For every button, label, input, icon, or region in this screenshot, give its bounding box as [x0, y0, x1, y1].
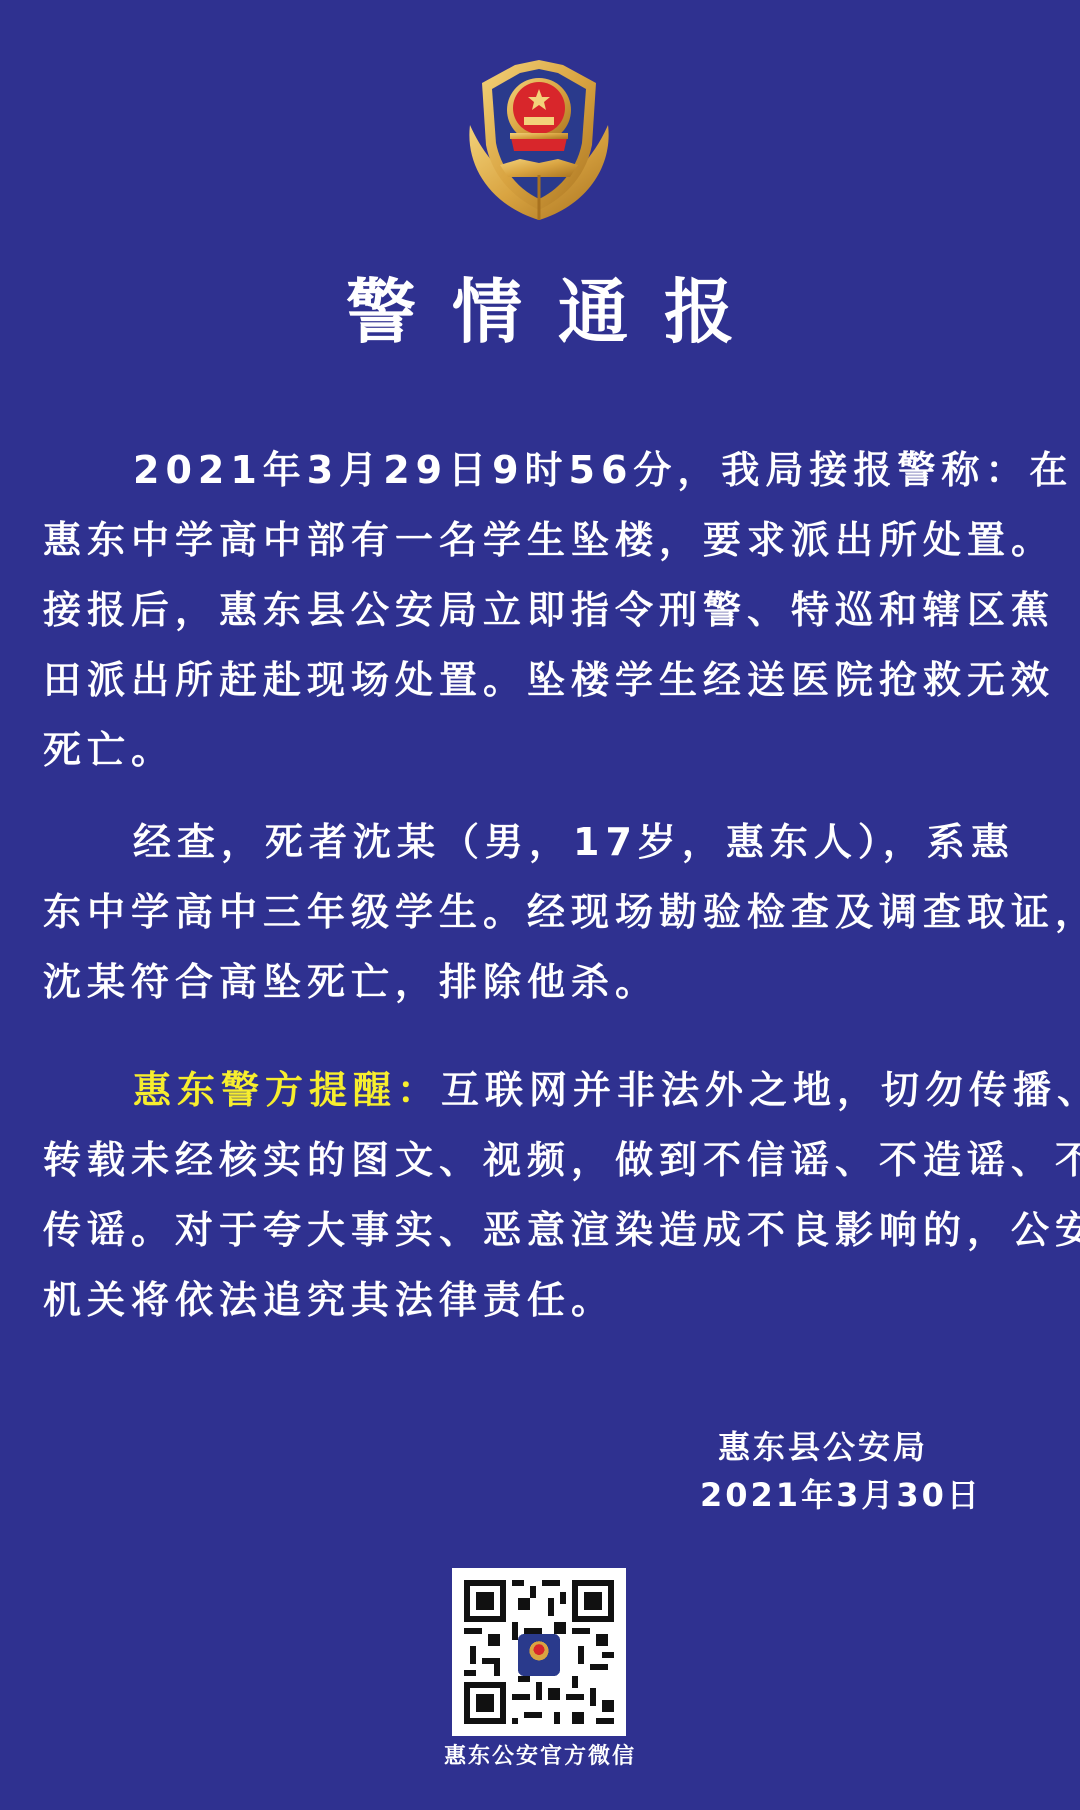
text-line: 2021年3月29日9时56分，我局接报警称：在 — [43, 435, 1053, 505]
page-title: 警情通报 — [0, 270, 1080, 354]
paragraph-investigation: 经查，死者沈某（男，17岁，惠东人），系惠 东中学高中三年级学生。经现场勘验检查… — [43, 807, 1053, 1017]
paragraph-incident: 2021年3月29日9时56分，我局接报警称：在 惠东中学高中部有一名学生坠楼，… — [43, 435, 1053, 785]
paragraph-reminder: 惠东警方提醒：互联网并非法外之地，切勿传播、 转载未经核实的图文、视频，做到不信… — [43, 1055, 1053, 1335]
text-line: 惠东中学高中部有一名学生坠楼，要求派出所处置。 — [43, 505, 1053, 575]
text-line: 惠东警方提醒：互联网并非法外之地，切勿传播、 — [43, 1055, 1053, 1125]
text-line: 沈某符合高坠死亡，排除他杀。 — [43, 947, 1053, 1017]
text-line: 传谣。对于夸大事实、恶意渲染造成不良影响的，公安 — [43, 1195, 1053, 1265]
police-badge-icon — [460, 55, 618, 223]
text-line: 东中学高中三年级学生。经现场勘验检查及调查取证， — [43, 877, 1053, 947]
text-line: 死亡。 — [43, 715, 1053, 785]
text-line: 接报后，惠东县公安局立即指令刑警、特巡和辖区蕉 — [43, 575, 1053, 645]
text-line: 转载未经核实的图文、视频，做到不信谣、不造谣、不 — [43, 1125, 1053, 1195]
reminder-label: 惠东警方提醒： — [133, 1068, 441, 1112]
reminder-text: 互联网并非法外之地，切勿传播、 — [441, 1068, 1080, 1112]
text-line: 机关将依法追究其法律责任。 — [43, 1265, 1053, 1335]
text-line: 田派出所赶赴现场处置。坠楼学生经送医院抢救无效 — [43, 645, 1053, 715]
signature-agency: 惠东县公安局 — [718, 1422, 928, 1468]
qr-code-icon — [452, 1568, 626, 1736]
signature-date: 2021年3月30日 — [700, 1470, 982, 1516]
text-line: 经查，死者沈某（男，17岁，惠东人），系惠 — [43, 807, 1053, 877]
qr-caption: 惠东公安官方微信 — [420, 1740, 660, 1774]
